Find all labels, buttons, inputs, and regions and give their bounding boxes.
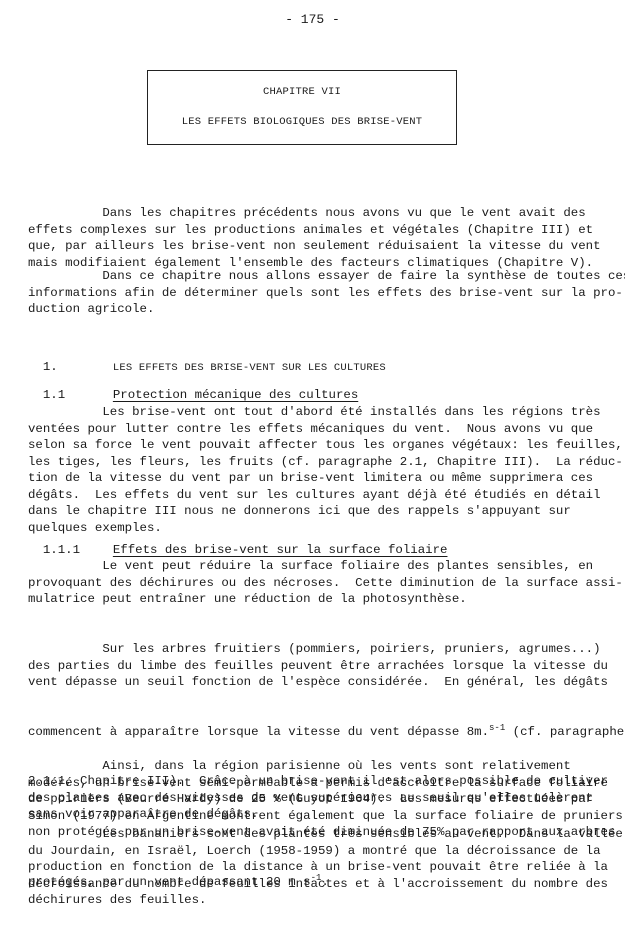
section-1-heading: 1.LES EFFETS DES BRISE-VENT SUR LES CULT… xyxy=(28,346,386,374)
text-line: dans le chapitre III nous ne donnerons i… xyxy=(28,503,618,520)
text-line: Simon (1977) en Argentine montrent égale… xyxy=(28,808,618,825)
text-line: provoquant des déchirures ou des nécrose… xyxy=(28,575,618,592)
text-line: tion de la vitesse du vent par un brise-… xyxy=(28,470,618,487)
text-line: mulatrice peut entraîner une réduction d… xyxy=(28,591,618,608)
text-line: Les brise-vent ont tout d'abord été inst… xyxy=(28,404,618,421)
intro-paragraph-1: Dans les chapitres précédents nous avons… xyxy=(28,205,618,271)
text-line: Dans ce chapitre nous allons essayer de … xyxy=(28,268,618,285)
chapter-title-box: CHAPITRE VII LES EFFETS BIOLOGIQUES DES … xyxy=(147,70,457,145)
section-1-1-1-heading: 1.1.1Effets des brise-vent sur la surfac… xyxy=(28,529,447,557)
text-line: selon sa force le vent pouvait affecter … xyxy=(28,437,618,454)
page-number: - 175 - xyxy=(0,12,625,27)
text-line: de poiriers (Beurré Hardy) de 25 % (Guyo… xyxy=(28,791,618,808)
section-1-1-1-paragraph-4: Les bananiers sont des plantes très sens… xyxy=(28,826,618,909)
text-line: que, par ailleurs les brise-vent non seu… xyxy=(28,238,618,255)
section-title: Effets des brise-vent sur la surface fol… xyxy=(113,543,448,557)
text-line: Dans les chapitres précédents nous avons… xyxy=(28,205,618,222)
intro-paragraph-2: Dans ce chapitre nous allons essayer de … xyxy=(28,268,618,318)
text-line: Le vent peut réduire la surface foliaire… xyxy=(28,558,618,575)
text-line: décroissance du nombre de feuilles intac… xyxy=(28,876,618,893)
text-line: production en fonction de la distance à … xyxy=(28,859,618,876)
text-line: dégâts. Les effets du vent sur les cultu… xyxy=(28,487,618,504)
text-line: modérés, un brise-vent semi-perméable a … xyxy=(28,775,618,792)
section-1-1-1-paragraph-1: Le vent peut réduire la surface foliaire… xyxy=(28,558,618,608)
text-line: ventées pour lutter contre les effets mé… xyxy=(28,421,618,438)
text-line: déchirures des feuilles. xyxy=(28,892,618,909)
text-line: Sur les arbres fruitiers (pommiers, poir… xyxy=(28,641,618,658)
text-line: Les bananiers sont des plantes très sens… xyxy=(28,826,618,843)
text-line: informations afin de déterminer quels so… xyxy=(28,285,618,302)
section-1-1-heading: 1.1Protection mécanique des cultures xyxy=(28,374,358,402)
section-title: LES EFFETS DES BRISE-VENT SUR LES CULTUR… xyxy=(113,362,386,374)
section-number: 1.1 xyxy=(43,388,113,402)
text-line: effets complexes sur les productions ani… xyxy=(28,222,618,239)
text-line: duction agricole. xyxy=(28,301,618,318)
text-line: Ainsi, dans la région parisienne où les … xyxy=(28,758,618,775)
section-number: 1.1.1 xyxy=(43,543,113,557)
chapter-title: LES EFFETS BIOLOGIQUES DES BRISE-VENT xyxy=(148,116,456,128)
text-line: des parties du limbe des feuilles peuven… xyxy=(28,658,618,675)
text-line: du Jourdain, en Israël, Loerch (1958-195… xyxy=(28,843,618,860)
paragraph-lines: Sur les arbres fruitiers (pommiers, poir… xyxy=(28,641,618,691)
chapter-label: CHAPITRE VII xyxy=(148,86,456,98)
section-number: 1. xyxy=(43,360,113,374)
section-1-1-paragraph-1: Les brise-vent ont tout d'abord été inst… xyxy=(28,404,618,536)
text-line: vent dépasse un seuil fonction de l'espè… xyxy=(28,674,618,691)
text-line: les tiges, les fleurs, les fruits (cf. p… xyxy=(28,454,618,471)
section-title: Protection mécanique des cultures xyxy=(113,388,358,402)
